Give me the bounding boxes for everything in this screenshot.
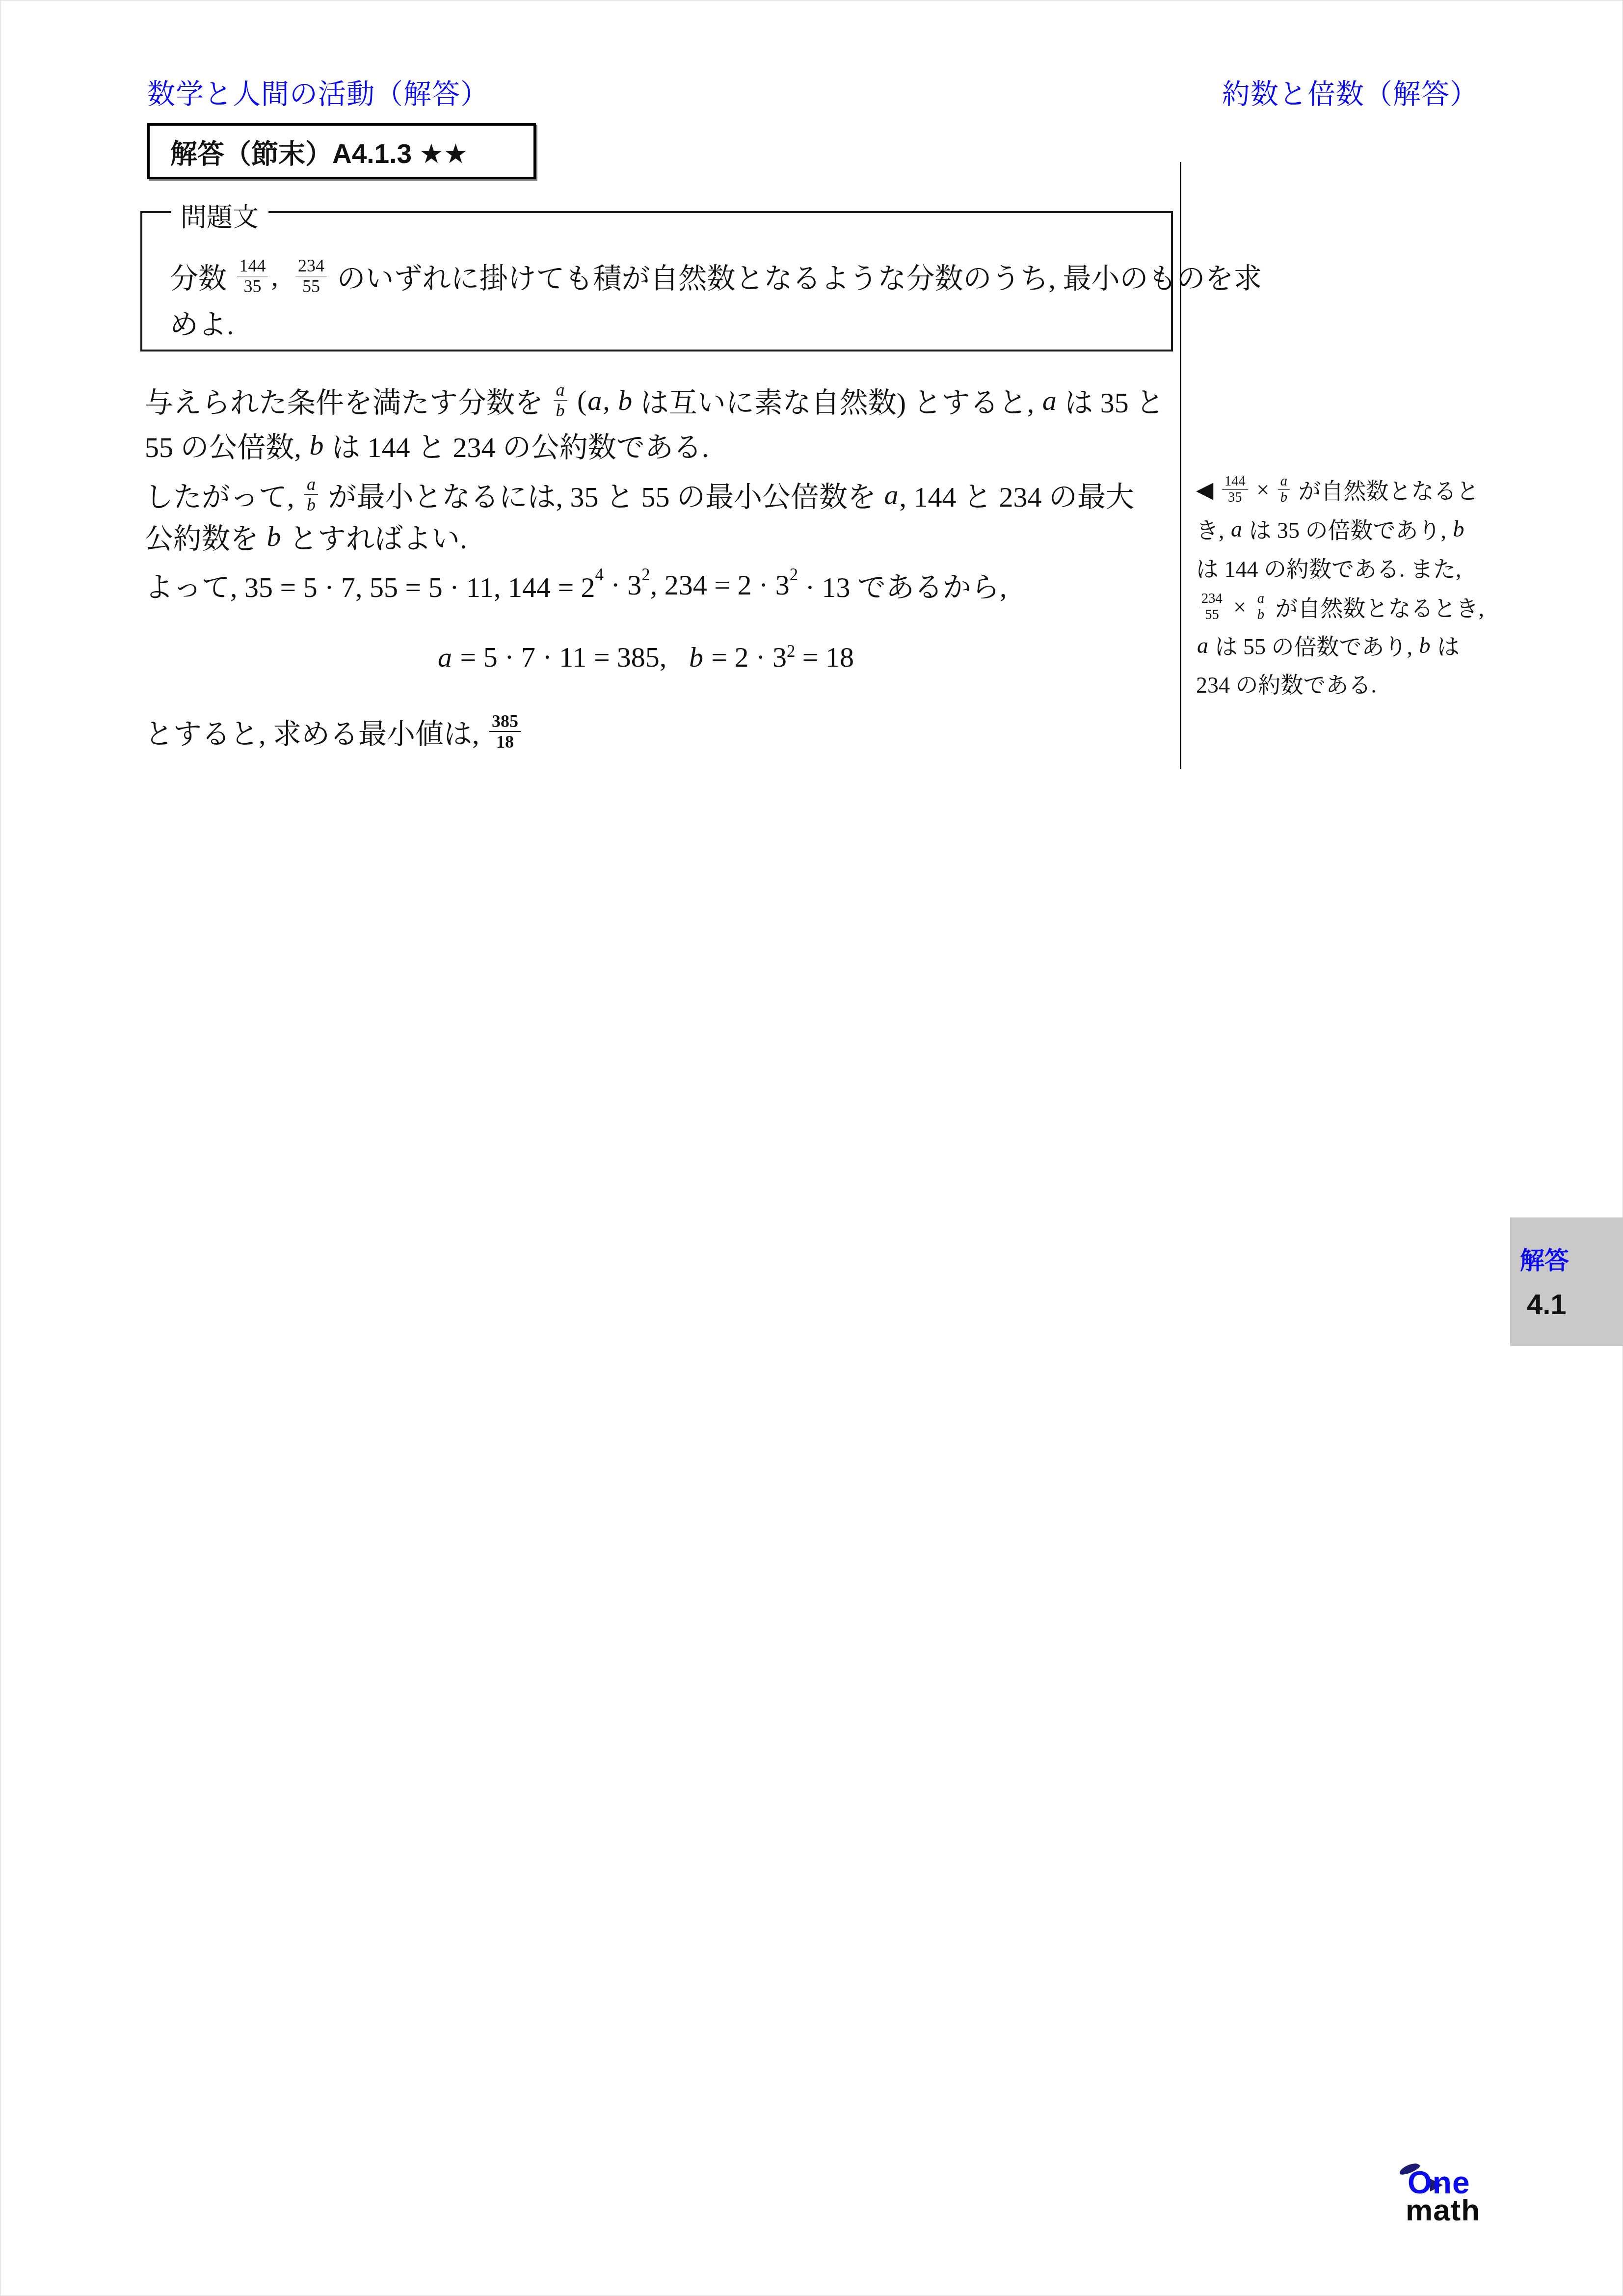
superscript: 2 xyxy=(787,642,795,661)
text-run: , xyxy=(603,384,617,417)
text-run: は 35 と xyxy=(1058,379,1165,421)
fraction-denominator: 55 xyxy=(300,276,322,296)
inline-fraction: ab xyxy=(554,380,567,420)
math-variable: b xyxy=(309,429,325,461)
fraction-numerator: a xyxy=(1278,474,1290,490)
tab-section-number: 4.1 xyxy=(1527,1288,1567,1321)
text-run: したがって, xyxy=(145,474,301,515)
solution-line-5: よって, 35 = 5 · 7, 55 = 5 · 11, 144 = 24 ·… xyxy=(145,564,1007,605)
fraction-numerator: 385 xyxy=(489,711,521,732)
fraction-denominator: b xyxy=(554,401,567,420)
inline-fraction: ab xyxy=(1278,474,1290,506)
solution-edge-tab: 解答 4.1 xyxy=(1510,1217,1623,1346)
text-run: が自然数となるとき, xyxy=(1270,591,1484,623)
superscript: 4 xyxy=(595,565,604,585)
fraction-numerator: 234 xyxy=(1199,591,1225,607)
text-run: めよ. xyxy=(170,301,234,343)
answer-title-box: 解答（節末）A4.1.3 ★★ xyxy=(147,123,536,179)
solution-closing-line: とすると, 求める最小値は, 38518 xyxy=(145,711,524,752)
inline-fraction: 23455 xyxy=(295,256,327,296)
problem-line-1: 分数 14435, 23455 のいずれに掛けても積が自然数となるような分数のう… xyxy=(170,255,1262,297)
math-variable: b xyxy=(688,641,704,674)
text-run: は 35 の倍数であり, xyxy=(1243,513,1452,545)
inline-fraction: ab xyxy=(1255,591,1267,623)
tab-answer-label: 解答 xyxy=(1520,1241,1569,1276)
document-page: { "colors": { "accent": "#0a0aee", "navy… xyxy=(0,0,1623,2296)
sidenote-line-6: 234 の約数である. xyxy=(1196,667,1377,700)
solution-line-3: したがって, ab が最小となるには, 35 と 55 の最小公倍数を a, 1… xyxy=(145,474,1134,515)
logo-math-text: math xyxy=(1406,2195,1480,2226)
text-run: のいずれに掛けても積が自然数となるような分数のうち, 最小のものを求 xyxy=(330,255,1262,297)
text-run: よって, 35 = 5 · 7, 55 = 5 · 11, 144 = 2 xyxy=(145,564,595,605)
text-run: が最小となるには, 35 と 55 の最小公倍数を xyxy=(321,474,883,515)
fraction-denominator: b xyxy=(1255,607,1267,623)
text-run: が自然数となると xyxy=(1293,473,1479,506)
text-run: 234 の約数である. xyxy=(1196,667,1377,700)
fraction-numerator: 234 xyxy=(295,256,327,276)
math-variable: b xyxy=(266,520,282,553)
text-run: × xyxy=(1228,594,1252,620)
math-variable: b xyxy=(1452,516,1465,542)
math-variable: b xyxy=(617,384,633,417)
math-variable: a xyxy=(1230,516,1243,542)
text-run: ( xyxy=(570,384,587,417)
text-run: き, xyxy=(1196,513,1230,545)
fraction-denominator: 18 xyxy=(494,732,516,752)
header-left-title: 数学と人間の活動（解答） xyxy=(147,72,489,112)
text-run: × xyxy=(1251,477,1275,503)
fraction-denominator: 55 xyxy=(1202,607,1222,623)
inline-fraction: 14435 xyxy=(1222,474,1248,506)
text-run: = 2 · 3 xyxy=(704,641,787,674)
problem-label: 問題文 xyxy=(171,197,268,234)
text-run: 55 の公倍数, xyxy=(145,424,309,465)
inline-fraction: 23455 xyxy=(1199,591,1225,623)
text-run: · 13 であるから, xyxy=(798,564,1007,605)
math-variable: a xyxy=(1196,632,1209,658)
text-run: とすればよい. xyxy=(282,515,467,557)
fraction-numerator: a xyxy=(1255,591,1267,607)
fraction-denominator: b xyxy=(304,495,318,514)
margin-note-divider xyxy=(1180,162,1181,769)
fraction-numerator: a xyxy=(304,474,318,494)
fraction-numerator: a xyxy=(554,380,567,400)
inline-fraction: ab xyxy=(304,474,318,514)
inline-fraction: 38518 xyxy=(489,711,521,752)
text-run: は xyxy=(1432,629,1460,661)
text-run: , 234 = 2 · 3 xyxy=(650,568,790,601)
text-run: 与えられた条件を満たす分数を xyxy=(145,379,551,421)
sidenote-line-5: a は 55 の倍数であり, b は xyxy=(1196,629,1460,661)
display-equation: a = 5 · 7 · 11 = 385, b = 2 · 32 = 18 xyxy=(145,641,1146,674)
math-variable: a xyxy=(1041,384,1058,417)
problem-line-2: めよ. xyxy=(170,301,234,343)
header-right-title: 約数と倍数（解答） xyxy=(1222,72,1478,112)
text-run: 公約数を xyxy=(145,515,266,557)
superscript: 2 xyxy=(790,565,798,585)
fraction-numerator: 144 xyxy=(1222,474,1248,490)
fraction-denominator: b xyxy=(1278,490,1290,506)
sidenote-line-1: ◀ 14435 × ab が自然数となると xyxy=(1196,473,1479,506)
fraction-denominator: 35 xyxy=(1225,490,1245,506)
text-run: = 18 xyxy=(795,641,854,674)
math-variable: a xyxy=(586,384,603,417)
sidenote-line-4: 23455 × ab が自然数となるとき, xyxy=(1196,591,1484,623)
text-run: = 5 · 7 · 11 = 385, xyxy=(453,641,688,674)
text-run: , 144 と 234 の最大 xyxy=(900,474,1135,515)
text-run: は 144 と 234 の公約数である. xyxy=(325,424,709,465)
fraction-numerator: 144 xyxy=(237,256,268,276)
text-run: は 144 の約数である. また, xyxy=(1196,551,1462,584)
math-variable: a xyxy=(883,478,900,511)
text-run: , xyxy=(271,260,293,293)
text-run: とすると, 求める最小値は, xyxy=(145,711,486,752)
sidenote-line-2: き, a は 35 の倍数であり, b xyxy=(1196,513,1465,545)
text-run: は 55 の倍数であり, xyxy=(1209,629,1418,661)
math-variable: b xyxy=(1418,632,1432,658)
text-run: ◀ xyxy=(1196,476,1219,503)
math-variable: a xyxy=(437,641,453,674)
text-run: · 3 xyxy=(604,568,641,601)
text-run: は互いに素な自然数) とすると, xyxy=(633,379,1041,421)
solution-line-4: 公約数を b とすればよい. xyxy=(145,515,467,557)
answer-title-label: 解答（節末）A4.1.3 ★★ xyxy=(170,132,468,171)
superscript: 2 xyxy=(641,565,650,585)
onemath-logo: One math xyxy=(1405,2164,1503,2233)
fraction-denominator: 35 xyxy=(241,276,264,296)
solution-line-2: 55 の公倍数, b は 144 と 234 の公約数である. xyxy=(145,424,709,465)
inline-fraction: 14435 xyxy=(237,256,268,296)
sidenote-line-3: は 144 の約数である. また, xyxy=(1196,551,1462,584)
solution-line-1: 与えられた条件を満たす分数を ab (a, b は互いに素な自然数) とすると,… xyxy=(145,379,1164,421)
text-run: 分数 xyxy=(170,255,234,297)
